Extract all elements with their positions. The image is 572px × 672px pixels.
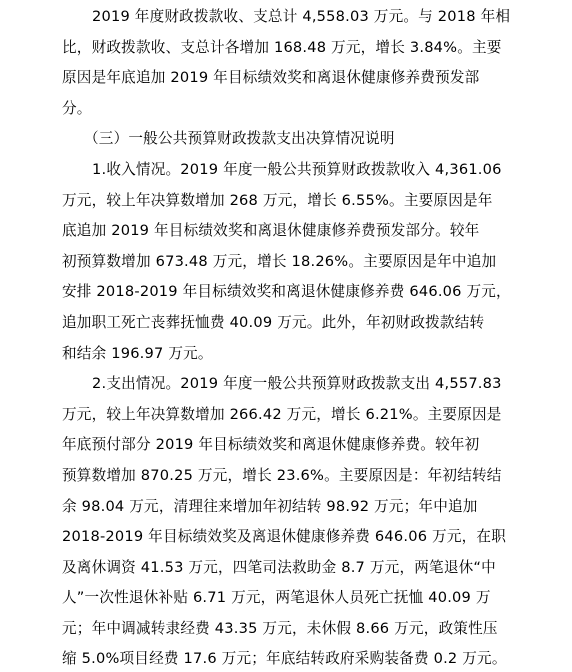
text-line: 缩 5.0%项目经费 17.6 万元；年底结转政府采购装备费 0.2 万元。 [62, 644, 510, 672]
text-line: 预算数增加 870.25 万元，增长 23.6%。主要原因是：年初结转结 [62, 461, 510, 492]
document-page: 2019 年度财政拨款收、支总计 4,558.03 万元。与 2018 年相 比… [62, 2, 510, 672]
section-heading: （三）一般公共预算财政拨款支出决算情况说明 [62, 124, 510, 155]
text-line: 2018-2019 年目标绩效奖及离退休健康修养费 646.06 万元，在职 [62, 522, 510, 553]
text-line: 2019 年度财政拨款收、支总计 4,558.03 万元。与 2018 年相 [62, 2, 510, 33]
text-line: 初预算数增加 673.48 万元，增长 18.26%。主要原因是年中追加 [62, 247, 510, 278]
text-line: 人”一次性退休补贴 6.71 万元，两笔退休人员死亡抚恤 40.09 万 [62, 583, 510, 614]
text-line: 余 98.04 万元，清理往来增加年初结转 98.92 万元；年中追加 [62, 492, 510, 523]
text-line: 万元，较上年决算数增加 268 万元，增长 6.55%。主要原因是年 [62, 186, 510, 217]
section-heading-text: （三）一般公共预算财政拨款支出决算情况说明 [62, 124, 510, 155]
text-line: 年底预付部分 2019 年目标绩效奖和离退休健康修养费。较年初 [62, 430, 510, 461]
text-line: 1.收入情况。2019 年度一般公共预算财政拨款收入 4,361.06 [62, 155, 510, 186]
text-line: 分。 [62, 94, 510, 125]
text-line: 及离休调资 41.53 万元，四笔司法救助金 8.7 万元，两笔退休“中 [62, 553, 510, 584]
text-line: 安排 2018-2019 年目标绩效奖和离退休健康修养费 646.06 万元， [62, 277, 510, 308]
text-line: 万元，较上年决算数增加 266.42 万元，增长 6.21%。主要原因是 [62, 400, 510, 431]
text-line: 2.支出情况。2019 年度一般公共预算财政拨款支出 4,557.83 [62, 369, 510, 400]
text-line: 和结余 196.97 万元。 [62, 339, 510, 370]
paragraph-expenditure: 2.支出情况。2019 年度一般公共预算财政拨款支出 4,557.83 万元，较… [62, 369, 510, 672]
text-line: 底追加 2019 年目标绩效奖和离退休健康修养费预发部分。较年 [62, 216, 510, 247]
text-line: 追加职工死亡丧葬抚恤费 40.09 万元。此外，年初财政拨款结转 [62, 308, 510, 339]
text-line: 比，财政拨款收、支总计各增加 168.48 万元，增长 3.84%。主要 [62, 33, 510, 64]
paragraph-income: 1.收入情况。2019 年度一般公共预算财政拨款收入 4,361.06 万元，较… [62, 155, 510, 369]
text-line: 原因是年底追加 2019 年目标绩效奖和离退休健康修养费预发部 [62, 63, 510, 94]
text-line: 元；年中调减转隶经费 43.35 万元，未休假 8.66 万元，政策性压 [62, 614, 510, 645]
paragraph-fiscal-total: 2019 年度财政拨款收、支总计 4,558.03 万元。与 2018 年相 比… [62, 2, 510, 124]
